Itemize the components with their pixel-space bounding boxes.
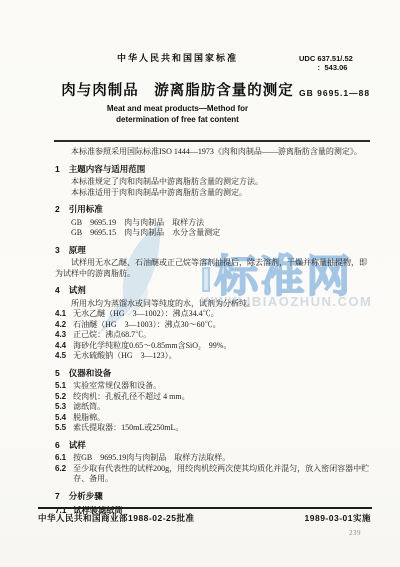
body-line: 6.1按GB 9695.19肉与肉制品 取样方法取样。 (55, 453, 371, 464)
clause-text: 索氏提取器：150mL或250mL。 (73, 423, 371, 434)
clause-number: 6 (55, 440, 60, 450)
section-heading: 2引用标准 (55, 204, 371, 215)
body-line: 5.3滤纸筒。 (55, 402, 371, 413)
section-heading: 1主题内容与适用范围 (55, 164, 371, 175)
clause-text: 脱脂棉。 (73, 413, 371, 424)
clause-number: 1 (55, 164, 60, 174)
clause-text: 无水乙醚（HG 3—1002）：沸点34.4℃。 (73, 309, 371, 320)
title-en-line2: determination of free fat content (55, 114, 300, 125)
body-line: 4.5无水硫酸钠（HG 3—123）。 (55, 351, 371, 362)
body-line: 所用水均为蒸馏水或同等纯度的水，试剂为分析纯。 (55, 299, 371, 310)
clause-text: 按GB 9695.19肉与肉制品 取样方法取样。 (73, 453, 371, 464)
clause-text: 石油醚（HG 3—1003）：沸点30～60℃。 (73, 320, 371, 331)
page-number: 239 (349, 529, 361, 537)
clause-number: 4 (55, 285, 60, 295)
body-line: 4.3正己烷：沸点68.7℃。 (55, 330, 371, 341)
clause-text: GB 9695.19 肉与肉制品 取样方法 (71, 218, 204, 227)
body-line: 试样用无水乙醚、石油醚或正己烷等溶剂抽提后，除去溶剂，干燥并称量抽提物，即为试样… (55, 258, 371, 279)
clause-number: 7 (55, 491, 60, 501)
clause-number: 5.2 (55, 392, 66, 403)
clause-text: 试剂 (69, 285, 86, 295)
clause-text: 正己烷：沸点68.7℃。 (73, 330, 371, 341)
national-standard-label: 中华人民共和国国家标准 (55, 51, 300, 64)
body-line: 6.2至少取有代表性的试样200g，用绞肉机绞两次使其均质化并混匀，放入密闭容器… (55, 464, 371, 485)
header-divider (54, 140, 370, 142)
body-line: 4.4海砂化学纯粒度0.65～0.85mm含SiO₂ 99%。 (55, 341, 371, 352)
clause-number: 5.1 (55, 381, 66, 392)
clause-text: 本标准参照采用国际标准ISO 1444—1973《肉和肉制品——游离脂肪含量的测… (71, 147, 362, 156)
body-line: 5.5索氏提取器：150mL或250mL。 (55, 423, 371, 434)
clause-text: 主题内容与适用范围 (69, 164, 146, 174)
clause-text: 分析步骤 (69, 491, 103, 501)
clause-text: 原理 (69, 245, 86, 255)
body-line: 5.4脱脂棉。 (55, 413, 371, 424)
udc-line2: ：543.06 (299, 64, 391, 73)
clause-text: 引用标准 (69, 204, 103, 214)
clause-number: 5.3 (55, 402, 66, 413)
section-heading: 7分析步骤 (55, 491, 371, 502)
body-line: GB 9695.19 肉与肉制品 取样方法 (55, 218, 371, 229)
section-heading: 6试样 (55, 440, 371, 451)
clause-text: 本标准适用于肉和肉制品中游离脂肪含量的测定。 (71, 188, 247, 197)
clause-text: 无水硫酸钠（HG 3—123）。 (73, 351, 371, 362)
section-heading: 3原理 (55, 245, 371, 256)
clause-number: 4.2 (55, 320, 66, 331)
clause-number: 4.4 (55, 341, 66, 352)
clause-number: 3 (55, 245, 60, 255)
body-line: 5.2绞肉机：孔板孔径不超过 4 mm。 (55, 392, 371, 403)
title-en-line1: Meat and meat products—Method for (55, 103, 300, 114)
clause-number: 5.4 (55, 413, 66, 424)
body-line: 5.1实验室常规仪器和设备。 (55, 381, 371, 392)
clause-text: 绞肉机：孔板孔径不超过 4 mm。 (73, 392, 371, 403)
document-body: 本标准参照采用国际标准ISO 1444—1973《肉和肉制品——游离脂肪含量的测… (55, 147, 371, 517)
clause-text: 所用水均为蒸馏水或同等纯度的水，试剂为分析纯。 (71, 299, 255, 308)
clause-number: 6.2 (55, 464, 66, 485)
clause-text: 海砂化学纯粒度0.65～0.85mm含SiO₂ 99%。 (73, 341, 371, 352)
body-line: 本标准适用于肉和肉制品中游离脂肪含量的测定。 (55, 188, 371, 199)
standard-number: GB 9695.1—88 (299, 88, 370, 98)
body-line: 本标准规定了肉和肉制品中游离脂肪含量的测定方法。 (55, 177, 371, 188)
clause-text: 试样 (69, 440, 86, 450)
approval-notice: 中华人民共和国商业部1988-02-25批准 (38, 512, 194, 524)
udc-number: UDC 637.51/.52 ：543.06 (299, 55, 391, 72)
clause-number: 5.5 (55, 423, 66, 434)
implementation-date: 1989-03-01实施 (305, 512, 371, 524)
clause-text: 仪器和设备 (69, 368, 112, 378)
section-heading: 4试剂 (55, 285, 371, 296)
body-line: GB 9695.15 肉与肉制品 水分含量测定 (55, 228, 371, 239)
clause-number: 5 (55, 368, 60, 378)
standard-document-page: i标准网 WWW.IBIAOZHUN.COM 中华人民共和国国家标准 UDC 6… (0, 0, 400, 567)
clause-number: 4.1 (55, 309, 66, 320)
clause-number: 4.5 (55, 351, 66, 362)
clause-number: 4.3 (55, 330, 66, 341)
clause-number: 6.1 (55, 453, 66, 464)
clause-text: 滤纸筒。 (73, 402, 371, 413)
clause-text: 至少取有代表性的试样200g，用绞肉机绞两次使其均质化并混匀，放入密闭容器中贮存… (73, 464, 371, 485)
footer-divider (38, 507, 372, 509)
clause-text: 本标准规定了肉和肉制品中游离脂肪含量的测定方法。 (71, 177, 263, 186)
body-line: 4.1无水乙醚（HG 3—1002）：沸点34.4℃。 (55, 309, 371, 320)
clause-text: 试样用无水乙醚、石油醚或正己烷等溶剂抽提后，除去溶剂，干燥并称量抽提物，即为试样… (55, 258, 367, 278)
clause-number: 2 (55, 204, 60, 214)
document-title-en: Meat and meat products—Method for determ… (55, 103, 300, 125)
body-line: 4.2石油醚（HG 3—1003）：沸点30～60℃。 (55, 320, 371, 331)
body-line: 本标准参照采用国际标准ISO 1444—1973《肉和肉制品——游离脂肪含量的测… (55, 147, 371, 158)
clause-text: GB 9695.15 肉与肉制品 水分含量测定 (71, 228, 220, 237)
section-heading: 5仪器和设备 (55, 368, 371, 379)
clause-text: 实验室常规仪器和设备。 (73, 381, 371, 392)
document-title-cn: 肉与肉制品 游离脂肪含量的测定 (55, 79, 300, 100)
